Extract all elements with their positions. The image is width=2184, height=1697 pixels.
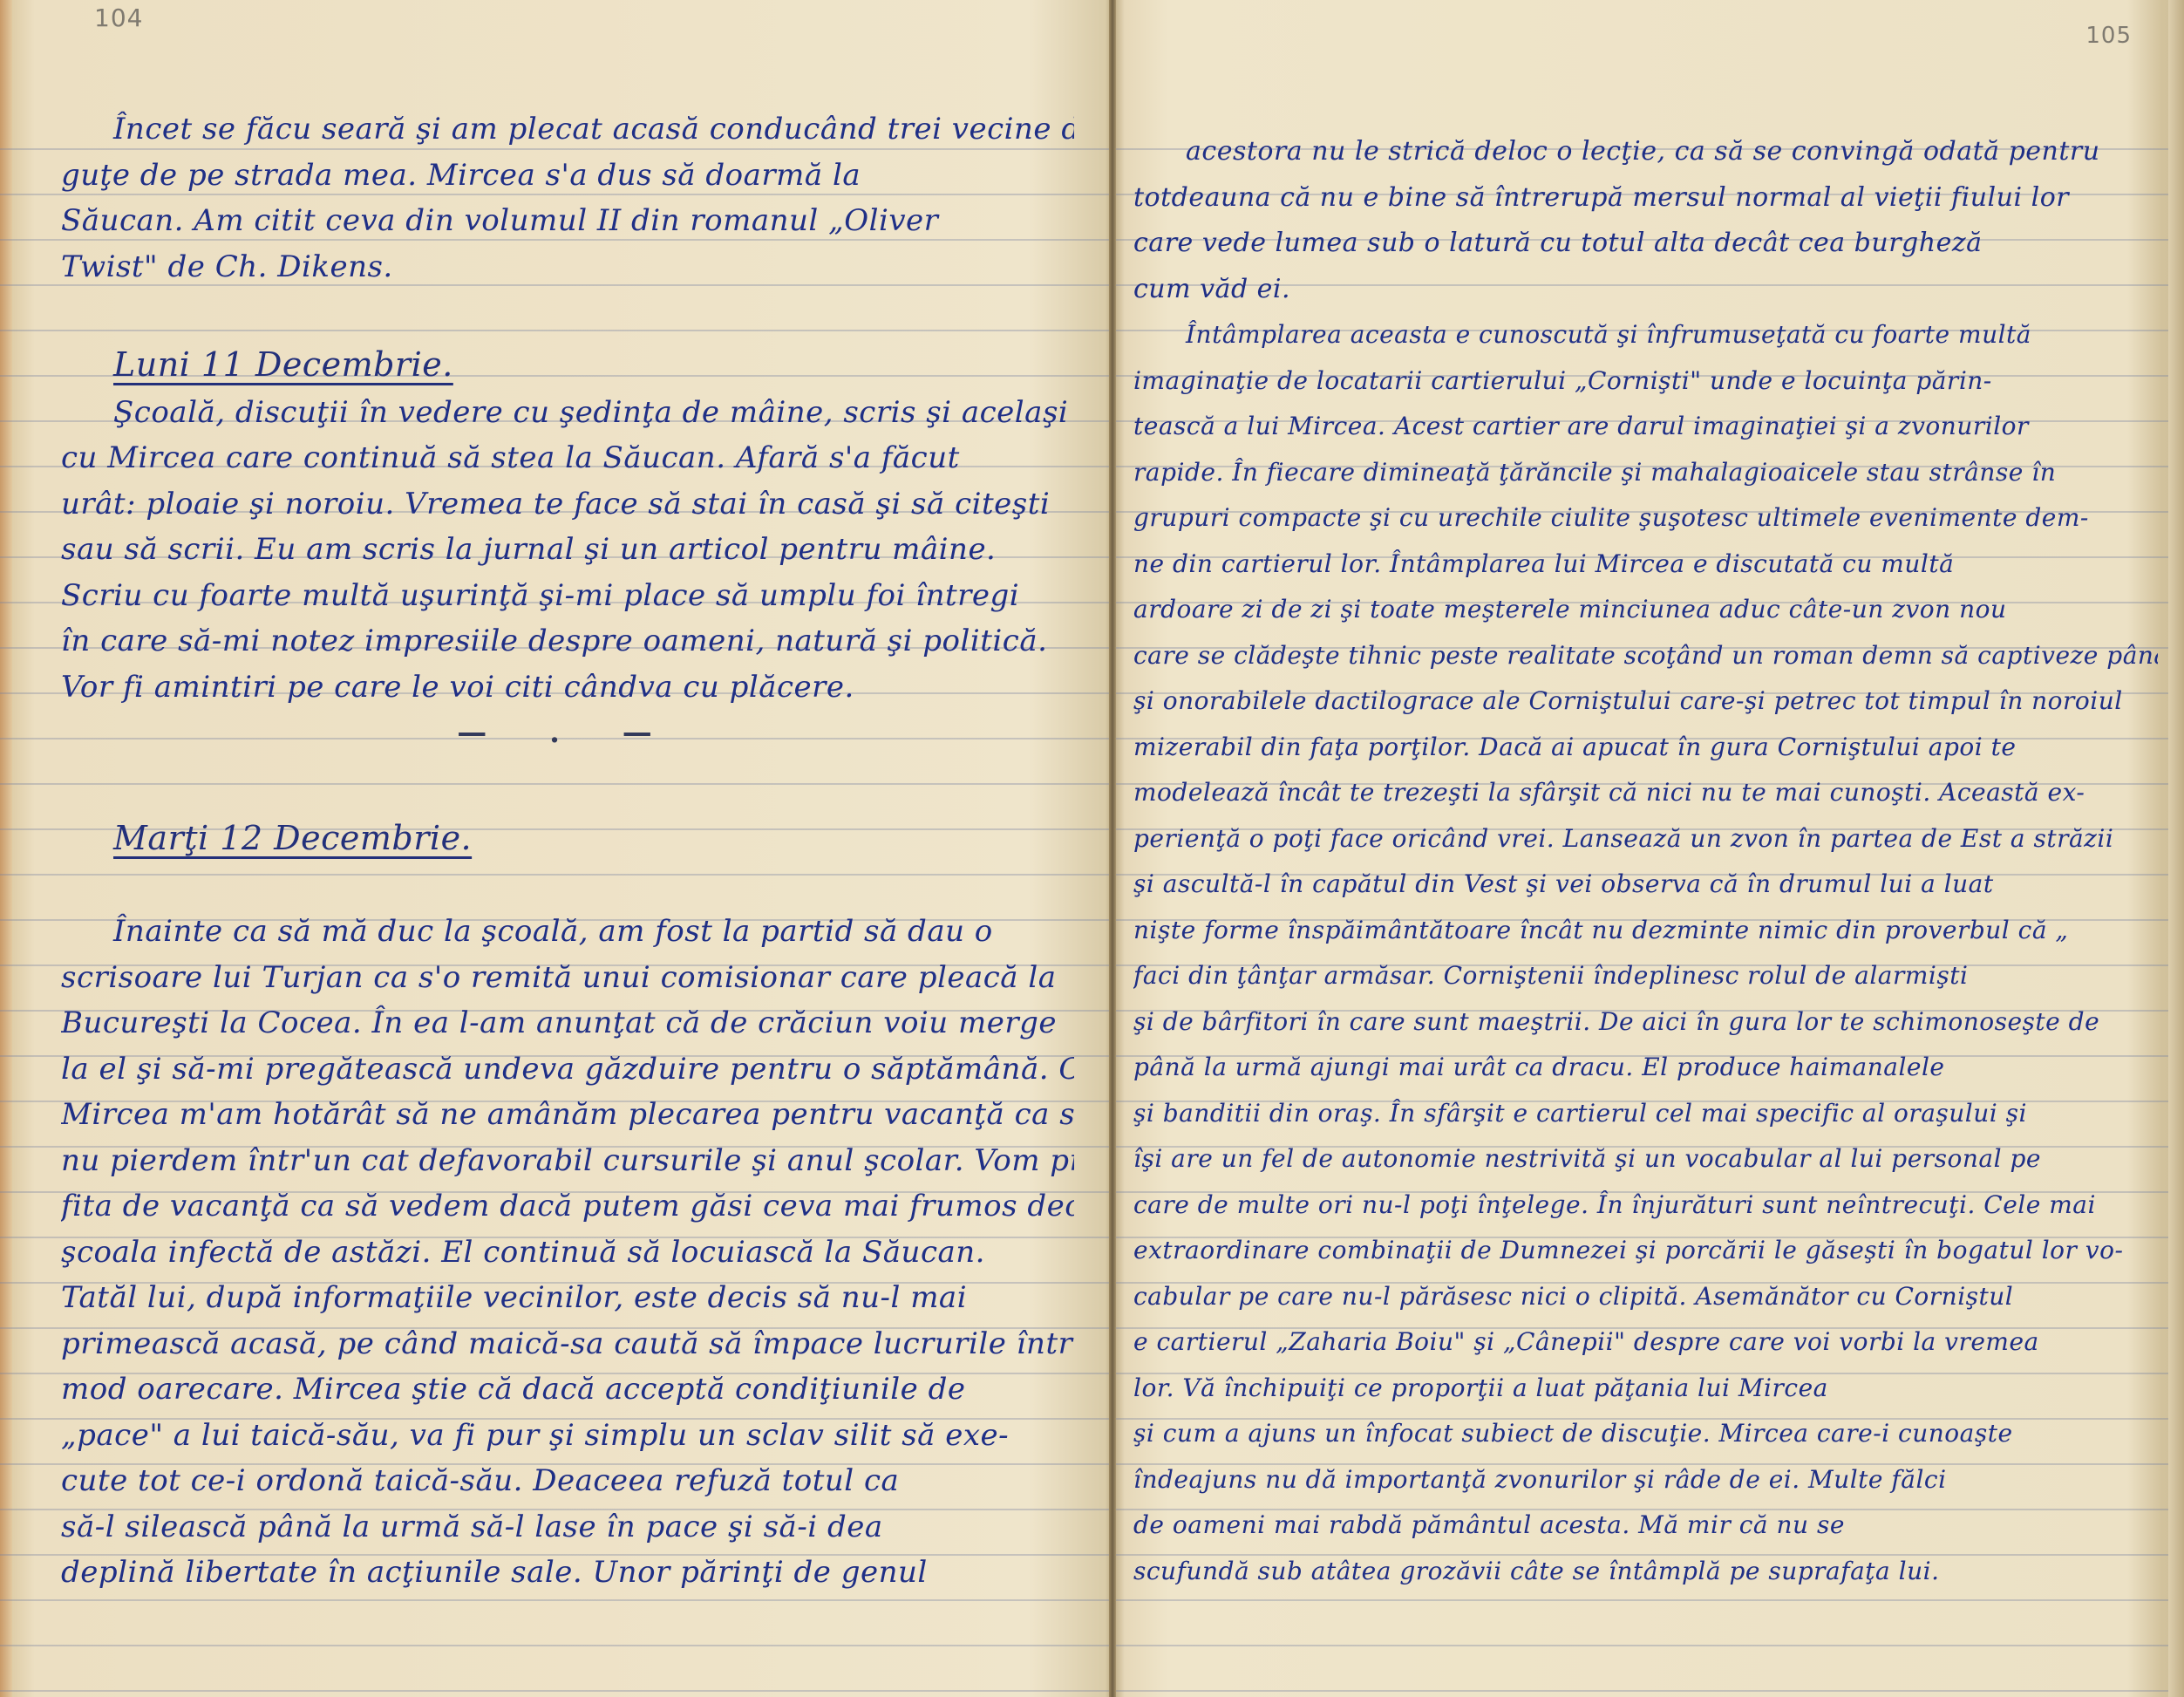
text-line: la el şi să-mi pregătească undeva găzdui… bbox=[61, 1046, 1074, 1093]
text-line: Bucureşti la Cocea. În ea l-am anunţat c… bbox=[61, 1000, 1074, 1046]
text-line: şi onorabilele dactilograce ale Corniştu… bbox=[1133, 678, 2158, 725]
page-number: 105 bbox=[2085, 23, 2132, 49]
right-page: 105 acestora nu le strică deloc o lecţie… bbox=[1116, 0, 2184, 1697]
text-line: Vor fi amintiri pe care le voi citi când… bbox=[61, 664, 1074, 711]
text-line: care se clădeşte tihnic peste realitate … bbox=[1133, 633, 2158, 679]
text-line: care vede lumea sub o latură cu totul al… bbox=[1133, 221, 2158, 267]
text-line: Întâmplarea aceasta e cunoscută şi înfru… bbox=[1133, 312, 2158, 358]
text-line: extraordinare combinaţii de Dumnezei şi … bbox=[1133, 1228, 2158, 1274]
text-line: rapide. În fiecare dimineaţă ţărăncile ş… bbox=[1133, 450, 2158, 496]
entry-heading: Marţi 12 Decembrie. bbox=[113, 815, 472, 862]
text-line: totdeauna că nu e bine să întrerupă mers… bbox=[1133, 175, 2158, 221]
cornisti-paragraph: Întâmplarea aceasta e cunoscută şi înfru… bbox=[1133, 312, 2158, 1594]
text-line: să-l silească până la urmă să-l lase în … bbox=[61, 1504, 1074, 1550]
section-separator: — . — bbox=[61, 710, 1074, 756]
text-line: sau să scrii. Eu am scris la jurnal şi u… bbox=[61, 527, 1074, 573]
continuation-paragraph: acestora nu le strică deloc o lecţie, ca… bbox=[1133, 129, 2158, 312]
text-line: Twist" de Ch. Dikens. bbox=[61, 244, 1074, 290]
text-line: mizerabil din faţa porţilor. Dacă ai apu… bbox=[1133, 725, 2158, 771]
text-line: scufundă sub atâtea grozăvii câte se înt… bbox=[1133, 1549, 2158, 1595]
text-line: nişte forme înspăimântătoare încât nu de… bbox=[1133, 908, 2158, 954]
text-line: e cartierul „Zaharia Boiu" şi „Cânepii" … bbox=[1133, 1319, 2158, 1366]
text-line: ne din cartierul lor. Întâmplarea lui Mi… bbox=[1133, 542, 2158, 588]
page-edge-right bbox=[2168, 0, 2184, 1697]
intro-paragraph: Încet se făcu seară şi am plecat acasă c… bbox=[61, 106, 1074, 290]
page-number: 104 bbox=[94, 3, 143, 32]
text-line: Înainte ca să mă duc la şcoală, am fost … bbox=[61, 909, 1074, 955]
text-line: de oameni mai rabdă pământul acesta. Mă … bbox=[1133, 1503, 2158, 1549]
text-line: şi de bârfitori în care sunt maeştrii. D… bbox=[1133, 999, 2158, 1046]
text-line: până la urmă ajungi mai urât ca dracu. E… bbox=[1133, 1045, 2158, 1091]
text-line: şi cum a ajuns un înfocat subiect de dis… bbox=[1133, 1411, 2158, 1457]
text-line: perienţă o poţi face oricând vrei. Lanse… bbox=[1133, 816, 2158, 862]
text-line: îşi are un fel de autonomie nestrivită ş… bbox=[1133, 1136, 2158, 1182]
text-line: nu pierdem într'un cat defavorabil cursu… bbox=[61, 1138, 1074, 1184]
text-line: imaginaţie de locatarii cartierului „Cor… bbox=[1133, 358, 2158, 405]
text-line: Mircea m'am hotărât să ne amânăm plecare… bbox=[61, 1092, 1074, 1138]
text-line: şi banditii din oraş. În sfârşit e carti… bbox=[1133, 1091, 2158, 1137]
text-line: Încet se făcu seară şi am plecat acasă c… bbox=[61, 106, 1074, 153]
text-line: primească acasă, pe când maică-sa caută … bbox=[61, 1321, 1074, 1367]
text-line: urât: ploaie şi noroiu. Vremea te face s… bbox=[61, 481, 1074, 528]
left-page: 104 Încet se făcu seară şi am plecat aca… bbox=[0, 0, 1109, 1697]
entry-tuesday: Marţi 12 Decembrie. Înainte ca să mă duc… bbox=[61, 815, 1074, 1596]
entry-heading: Luni 11 Decembrie. bbox=[113, 342, 453, 388]
text-line: cum văd ei. bbox=[1133, 267, 2158, 313]
text-line: Scriu cu foarte multă uşurinţă şi-mi pla… bbox=[61, 573, 1074, 619]
text-line: care de multe ori nu-l poţi înţelege. În… bbox=[1133, 1182, 2158, 1229]
text-line: cu Mircea care continuă să stea la Săuca… bbox=[61, 435, 1074, 481]
binding-gutter bbox=[1109, 0, 1116, 1697]
text-line: grupuri compacte şi cu urechile ciulite … bbox=[1133, 495, 2158, 542]
text-line: mod oarecare. Mircea ştie că dacă accept… bbox=[61, 1366, 1074, 1413]
text-line: modelează încât te trezeşti la sfârşit c… bbox=[1133, 770, 2158, 816]
notebook-spread: 104 Încet se făcu seară şi am plecat aca… bbox=[0, 0, 2184, 1697]
text-line: îndeajuns nu dă importanţă zvonurilor şi… bbox=[1133, 1457, 2158, 1503]
text-line: scrisoare lui Turjan ca s'o remită unui … bbox=[61, 955, 1074, 1001]
text-line: Tatăl lui, după informaţiile vecinilor, … bbox=[61, 1275, 1074, 1321]
text-line: cute tot ce-i ordonă taică-său. Deaceea … bbox=[61, 1458, 1074, 1504]
text-line: deplină libertate în acţiunile sale. Uno… bbox=[61, 1550, 1074, 1596]
text-line: faci din ţânţar armăsar. Corniştenii înd… bbox=[1133, 953, 2158, 999]
text-line: şi ascultă-l în capătul din Vest şi vei … bbox=[1133, 862, 2158, 908]
text-line: ardoare zi de zi şi toate meşterele minc… bbox=[1133, 587, 2158, 633]
text-line: acestora nu le strică deloc o lecţie, ca… bbox=[1133, 129, 2158, 175]
text-line: în care să-mi notez impresiile despre oa… bbox=[61, 618, 1074, 664]
text-line: tească a lui Mircea. Acest cartier are d… bbox=[1133, 404, 2158, 450]
text-line: Săucan. Am citit ceva din volumul II din… bbox=[61, 198, 1074, 244]
text-line: lor. Vă închipuiţi ce proporţii a luat p… bbox=[1133, 1366, 2158, 1412]
text-line: cabular pe care nu-l părăsesc nici o cli… bbox=[1133, 1274, 2158, 1320]
text-line: şcoala infectă de astăzi. El continuă să… bbox=[61, 1230, 1074, 1276]
entry-monday: Luni 11 Decembrie. Şcoală, discuţii în v… bbox=[61, 342, 1074, 756]
text-line: „pace" a lui taică-său, va fi pur şi sim… bbox=[61, 1413, 1074, 1459]
text-line: fita de vacanţă ca să vedem dacă putem g… bbox=[61, 1183, 1074, 1230]
text-line: guţe de pe strada mea. Mircea s'a dus să… bbox=[61, 153, 1074, 199]
text-line: Şcoală, discuţii în vedere cu şedinţa de… bbox=[61, 390, 1074, 436]
